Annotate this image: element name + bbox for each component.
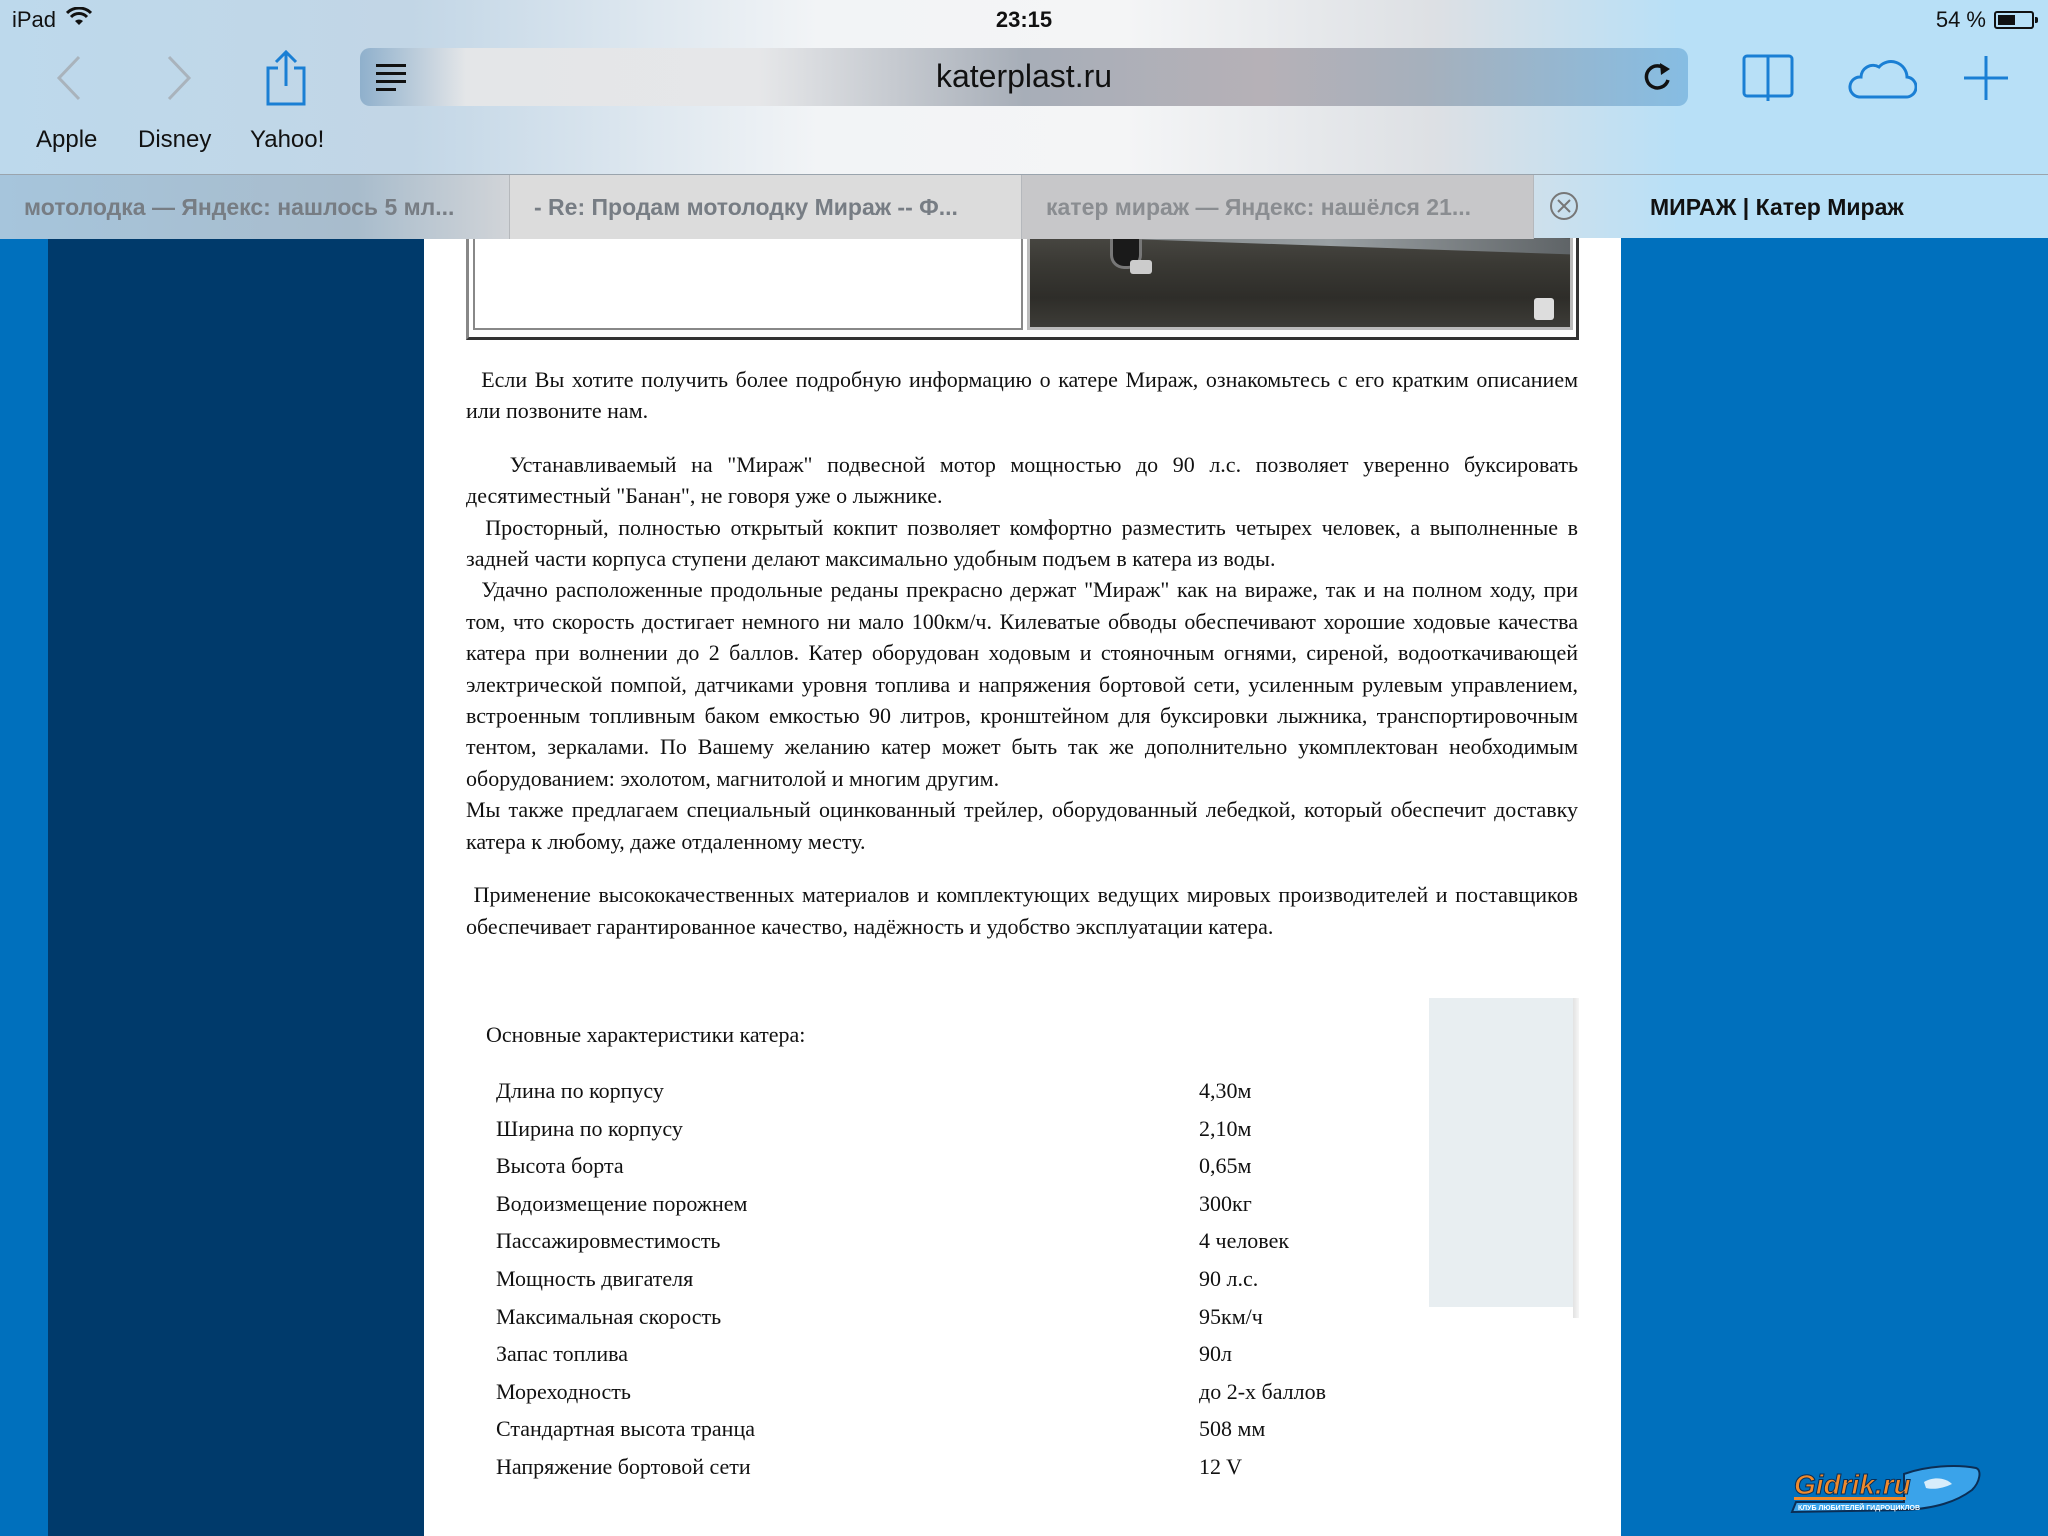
- spec-row: Мореходностьдо 2-х баллов: [496, 1379, 1396, 1417]
- article-paragraph: Применение высококачественных материалов…: [466, 879, 1578, 942]
- side-image-edge: [1573, 998, 1579, 1318]
- spec-row: Водоизмещение порожнем300кг: [496, 1191, 1396, 1229]
- book-icon: [1741, 53, 1795, 103]
- bookmarks-button[interactable]: [1738, 48, 1798, 108]
- tab-bar: мотолодка — Яндекс: нашлось 5 мл... - Re…: [0, 174, 2048, 239]
- tab-1[interactable]: мотолодка — Яндекс: нашлось 5 мл...: [0, 175, 510, 239]
- spec-name: Высота борта: [496, 1153, 624, 1179]
- battery-icon: [1994, 11, 2034, 29]
- spec-value: 90 л.с.: [1199, 1266, 1258, 1292]
- gidrik-logo: Gidrik.ru КЛУБ ЛЮБИТЕЛЕЙ ГИДРОЦИКЛОВ: [1786, 1462, 1996, 1520]
- share-icon: [264, 50, 308, 106]
- spec-value: 508 мм: [1199, 1416, 1265, 1442]
- status-bar: iPad 23:15 54 %: [0, 0, 2048, 40]
- spec-name: Мореходность: [496, 1379, 631, 1405]
- spec-row: Стандартная высота транца508 мм: [496, 1416, 1396, 1454]
- spec-value: 0,65м: [1199, 1153, 1251, 1179]
- spec-value: 95км/ч: [1199, 1304, 1263, 1330]
- tab-label: катер мираж — Яндекс: нашёлся 21...: [1046, 194, 1471, 221]
- bookmark-yahoo[interactable]: Yahoo!: [250, 126, 324, 154]
- wheel-chock: [1534, 298, 1554, 320]
- spec-value: 90л: [1199, 1341, 1232, 1367]
- chevron-left-icon: [55, 55, 85, 101]
- bookmark-apple[interactable]: Apple: [36, 126, 97, 154]
- wheel-chock: [1130, 260, 1152, 274]
- article-paragraph: Удачно расположенные продольные реданы п…: [466, 574, 1578, 794]
- tab-2[interactable]: - Re: Продам мотолодку Мираж -- Ф...: [510, 175, 1022, 239]
- spec-name: Пассажировместимость: [496, 1228, 720, 1254]
- forward-button[interactable]: [148, 48, 208, 108]
- tab-label: мотолодка — Яндекс: нашлось 5 мл...: [24, 194, 454, 221]
- spec-name: Водоизмещение порожнем: [496, 1191, 747, 1217]
- bookmark-disney[interactable]: Disney: [138, 126, 211, 154]
- spec-name: Запас топлива: [496, 1341, 628, 1367]
- svg-text:КЛУБ ЛЮБИТЕЛЕЙ ГИДРОЦИКЛОВ: КЛУБ ЛЮБИТЕЛЕЙ ГИДРОЦИКЛОВ: [1798, 1503, 1920, 1512]
- photo-cell-empty: [473, 230, 1023, 330]
- spec-row: Мощность двигателя90 л.с.: [496, 1266, 1396, 1304]
- url-text[interactable]: katerplast.ru: [360, 58, 1688, 95]
- article-paragraph: Мы также предлагаем специальный оцинкова…: [466, 794, 1578, 857]
- close-icon: [1548, 190, 1580, 222]
- spec-name: Ширина по корпусу: [496, 1116, 683, 1142]
- spec-name: Напряжение бортовой сети: [496, 1454, 751, 1480]
- spec-value: до 2-х баллов: [1199, 1379, 1326, 1405]
- clock: 23:15: [0, 7, 2048, 33]
- spec-name: Максимальная скорость: [496, 1304, 721, 1330]
- close-tab-button[interactable]: [1548, 190, 1580, 222]
- spec-name: Стандартная высота транца: [496, 1416, 755, 1442]
- spec-value: 4 человек: [1199, 1228, 1289, 1254]
- share-button[interactable]: [256, 48, 316, 108]
- spec-value: 300кг: [1199, 1191, 1252, 1217]
- cloud-icon: [1847, 55, 1917, 101]
- tab-label: - Re: Продам мотолодку Мираж -- Ф...: [534, 194, 958, 221]
- tab-3[interactable]: катер мираж — Яндекс: нашёлся 21...: [1022, 175, 1534, 239]
- svg-text:Gidrik.ru: Gidrik.ru: [1794, 1469, 1911, 1500]
- chevron-right-icon: [163, 55, 193, 101]
- specs-table: Длина по корпусу4,30мШирина по корпусу2,…: [496, 1078, 1396, 1492]
- reload-icon[interactable]: [1640, 60, 1674, 94]
- spec-row: Запас топлива90л: [496, 1341, 1396, 1379]
- spec-row: Ширина по корпусу2,10м: [496, 1116, 1396, 1154]
- tab-active[interactable]: МИРАЖ | Катер Мираж: [1598, 175, 2048, 239]
- specs-title: Основные характеристики катера:: [486, 1022, 805, 1048]
- spec-value: 12 V: [1199, 1454, 1242, 1480]
- spec-row: Длина по корпусу4,30м: [496, 1078, 1396, 1116]
- address-bar[interactable]: katerplast.ru: [360, 48, 1688, 106]
- spec-name: Мощность двигателя: [496, 1266, 693, 1292]
- battery-percent: 54 %: [1936, 7, 1986, 33]
- spec-name: Длина по корпусу: [496, 1078, 664, 1104]
- plus-icon: [1964, 56, 2008, 100]
- spec-value: 4,30м: [1199, 1078, 1251, 1104]
- photo-table: [466, 230, 1579, 340]
- spec-row: Напряжение бортовой сети12 V: [496, 1454, 1396, 1492]
- article-paragraph: Просторный, полностью открытый кокпит по…: [466, 512, 1578, 575]
- icloud-tabs-button[interactable]: [1846, 48, 1918, 108]
- spec-row: Пассажировместимость4 человек: [496, 1228, 1396, 1266]
- spec-row: Максимальная скорость95км/ч: [496, 1304, 1396, 1342]
- spec-row: Высота борта0,65м: [496, 1153, 1396, 1191]
- article-body: Если Вы хотите получить более подробную …: [466, 364, 1578, 942]
- browser-chrome: iPad 23:15 54 %: [0, 0, 2048, 238]
- article-paragraph: Устанавливаемый на "Мираж" подвесной мот…: [466, 449, 1578, 512]
- spec-value: 2,10м: [1199, 1116, 1251, 1142]
- article-paragraph: Если Вы хотите получить более подробную …: [466, 364, 1578, 427]
- boat-trailer-photo[interactable]: [1027, 230, 1573, 330]
- new-tab-button[interactable]: [1956, 48, 2016, 108]
- tab-label: МИРАЖ | Катер Мираж: [1650, 194, 1904, 221]
- side-image-placeholder: [1429, 998, 1573, 1307]
- back-button[interactable]: [40, 48, 100, 108]
